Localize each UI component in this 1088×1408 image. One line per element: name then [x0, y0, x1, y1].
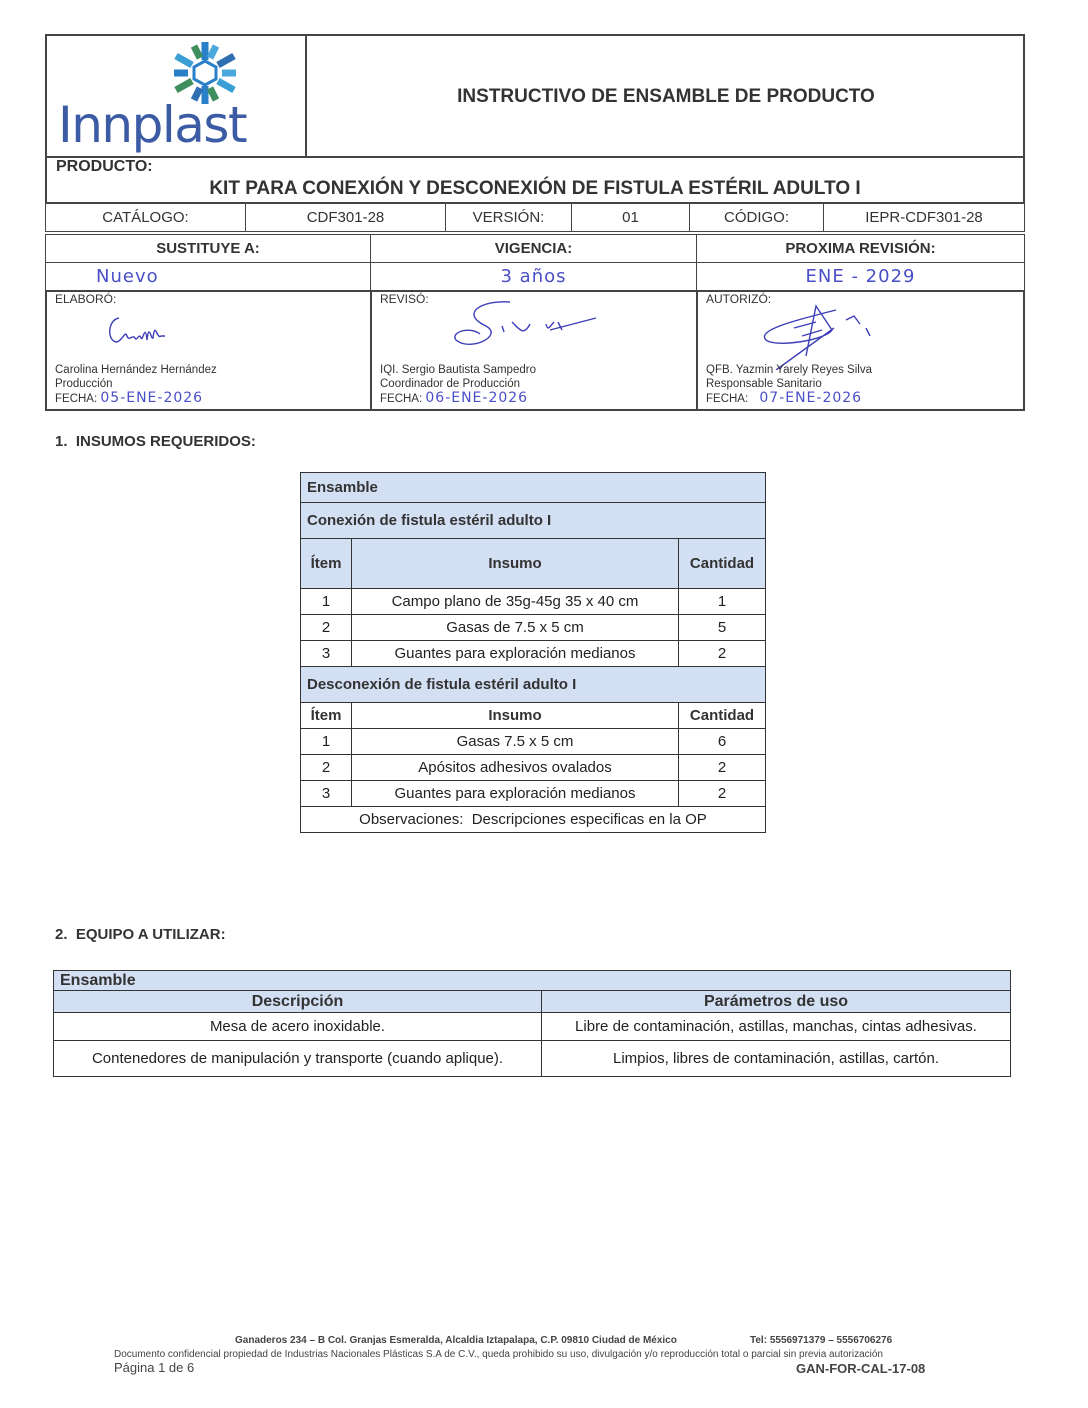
- fecha-value: 05-ENE-2026: [100, 390, 203, 406]
- sustituye-label: SUSTITUYE A:: [46, 235, 371, 263]
- column-header: Cantidad: [679, 703, 766, 729]
- footer-phone: Tel: 5556971379 – 5556706276: [750, 1335, 892, 1346]
- table-row: 3 Guantes para exploración medianos 2: [301, 781, 766, 807]
- column-header: Ítem: [301, 703, 352, 729]
- codigo-label: CÓDIGO:: [690, 203, 824, 232]
- doc-title: INSTRUCTIVO DE ENSAMBLE DE PRODUCTO: [307, 86, 1025, 108]
- column-header: Descripción: [54, 991, 542, 1013]
- table-row: Contenedores de manipulación y transport…: [54, 1041, 1011, 1077]
- validity-table: SUSTITUYE A: VIGENCIA: PROXIMA REVISIÓN:…: [45, 234, 1025, 291]
- signature-icon: [736, 300, 896, 370]
- page-number: Página 1 de 6: [114, 1360, 194, 1375]
- observaciones: Observaciones: Descripciones especificas…: [301, 807, 766, 833]
- fecha-value: 06-ENE-2026: [425, 390, 528, 406]
- table-row: Mesa de acero inoxidable. Libre de conta…: [54, 1013, 1011, 1041]
- approver-name: QFB. Yazmin Yarely Reyes Silva: [706, 363, 872, 377]
- footer-address: Ganaderos 234 – B Col. Granjas Esmeralda…: [235, 1335, 677, 1346]
- approval-autorizo: AUTORIZÓ: QFB. Yazmin Yarely Reyes Silva…: [706, 292, 1021, 410]
- product-name: KIT PARA CONEXIÓN Y DESCONEXIÓN DE FISTU…: [190, 178, 880, 200]
- column-header: Parámetros de uso: [542, 991, 1011, 1013]
- table-row: 2 Apósitos adhesivos ovalados 2: [301, 755, 766, 781]
- table-row: 3 Guantes para exploración medianos 2: [301, 641, 766, 667]
- proxima-value: ENE - 2029: [697, 263, 1025, 291]
- approver-name: IQI. Sergio Bautista Sampedro: [380, 363, 536, 377]
- vigencia-label: VIGENCIA:: [371, 235, 697, 263]
- approver-position: Producción: [55, 377, 217, 391]
- equipo-table: Ensamble Descripción Parámetros de uso M…: [53, 970, 1011, 1077]
- form-code: GAN-FOR-CAL-17-08: [796, 1361, 925, 1376]
- insumos-table: Ensamble Conexión de fistula estéril adu…: [300, 472, 766, 833]
- catalog-row: CATÁLOGO: CDF301-28 VERSIÓN: 01 CÓDIGO: …: [45, 202, 1025, 232]
- section1-title: 1. INSUMOS REQUERIDOS:: [55, 433, 256, 450]
- footer-confidential: Documento confidencial propiedad de Indu…: [114, 1349, 936, 1360]
- sustituye-value: Nuevo: [46, 263, 371, 291]
- approval-divider: [696, 290, 698, 411]
- approver-name: Carolina Hernández Hernández: [55, 363, 217, 377]
- logo: Innplast: [58, 40, 298, 155]
- signature-icon: [103, 310, 183, 350]
- group-title: Conexión de fistula estéril adulto I: [301, 503, 766, 539]
- signature-icon: [450, 296, 620, 356]
- section2-title: 2. EQUIPO A UTILIZAR:: [55, 926, 226, 943]
- fecha-row: FECHA: 05-ENE-2026: [55, 391, 217, 406]
- column-header: Cantidad: [679, 539, 766, 589]
- approval-elaboro: ELABORÓ: Carolina Hernández Hernández Pr…: [55, 292, 365, 410]
- approval-reviso: REVISÓ: IQI. Sergio Bautista Sampedro Co…: [380, 292, 690, 410]
- column-header: Insumo: [352, 539, 679, 589]
- fecha-row: FECHA: 06-ENE-2026: [380, 391, 536, 406]
- approver-position: Coordinador de Producción: [380, 377, 536, 391]
- catalogo-value: CDF301-28: [246, 203, 446, 232]
- table-row: 1 Campo plano de 35g-45g 35 x 40 cm 1: [301, 589, 766, 615]
- table-title: Ensamble: [54, 971, 1011, 991]
- codigo-value: IEPR-CDF301-28: [824, 203, 1025, 232]
- column-header: Insumo: [352, 703, 679, 729]
- version-value: 01: [572, 203, 690, 232]
- fecha-value: 07-ENE-2026: [759, 390, 862, 406]
- logo-text: Innplast: [58, 96, 246, 154]
- table-title: Ensamble: [301, 473, 766, 503]
- table-row: 2 Gasas de 7.5 x 5 cm 5: [301, 615, 766, 641]
- vigencia-value: 3 años: [371, 263, 697, 291]
- role-label: ELABORÓ:: [55, 292, 365, 306]
- version-label: VERSIÓN:: [446, 203, 572, 232]
- fecha-row: FECHA: 07-ENE-2026: [706, 391, 872, 406]
- table-row: 1 Gasas 7.5 x 5 cm 6: [301, 729, 766, 755]
- approver-position: Responsable Sanitario: [706, 377, 872, 391]
- proxima-label: PROXIMA REVISIÓN:: [697, 235, 1025, 263]
- approval-divider: [370, 290, 372, 411]
- column-header: Ítem: [301, 539, 352, 589]
- product-label: PRODUCTO:: [56, 158, 153, 176]
- group-title: Desconexión de fistula estéril adulto I: [301, 667, 766, 703]
- catalogo-label: CATÁLOGO:: [46, 203, 246, 232]
